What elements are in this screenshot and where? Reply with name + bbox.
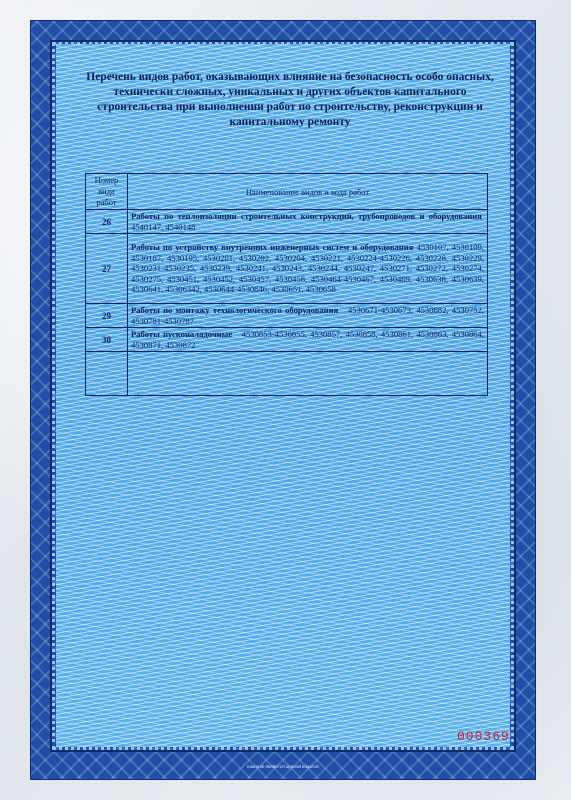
row-title: Работы по монтажу технологического обору… <box>131 305 338 315</box>
header-number: Номер вида работ <box>86 174 128 210</box>
row-title: Работы пусконаладочные <box>131 329 232 339</box>
table-row: 29 Работы по монтажу технологического об… <box>86 304 488 328</box>
row-name <box>128 352 488 396</box>
table-row-empty <box>86 352 488 396</box>
row-name: Работы по устройству внутренних инженерн… <box>128 234 488 304</box>
row-number <box>86 352 128 396</box>
row-number: 29 <box>86 304 128 328</box>
works-table: Номер вида работ Наименование видов и ко… <box>85 173 488 396</box>
table-header-row: Номер вида работ Наименование видов и ко… <box>86 174 488 210</box>
row-codes: 4540147, 4540148 <box>131 222 195 232</box>
table-row: 27 Работы по устройству внутренних инжен… <box>86 234 488 304</box>
header-name: Наименование видов и кода работ <box>128 174 488 210</box>
row-name: Работы по монтажу технологического обору… <box>128 304 488 328</box>
row-title: Работы по теплоизоляции строительных кон… <box>131 211 482 221</box>
row-name: Работы пусконаладочные 4530853-4530855, … <box>128 328 488 352</box>
table-row: 30 Работы пусконаладочные 4530853-453085… <box>86 328 488 352</box>
footer-fine-print: БЛАНК НЕ ЯВЛЯЕТСЯ ЦЕННОЙ БУМАГОЙ <box>56 765 510 769</box>
table-row: 26 Работы по теплоизоляции строительных … <box>86 210 488 234</box>
row-title: Работы по устройству внутренних инженерн… <box>131 242 413 252</box>
serial-number: 000369 <box>457 729 510 744</box>
row-number: 30 <box>86 328 128 352</box>
row-name: Работы по теплоизоляции строительных кон… <box>128 210 488 234</box>
document-title: Перечень видов работ, оказывающих влияни… <box>85 70 495 130</box>
row-number: 26 <box>86 210 128 234</box>
row-number: 27 <box>86 234 128 304</box>
